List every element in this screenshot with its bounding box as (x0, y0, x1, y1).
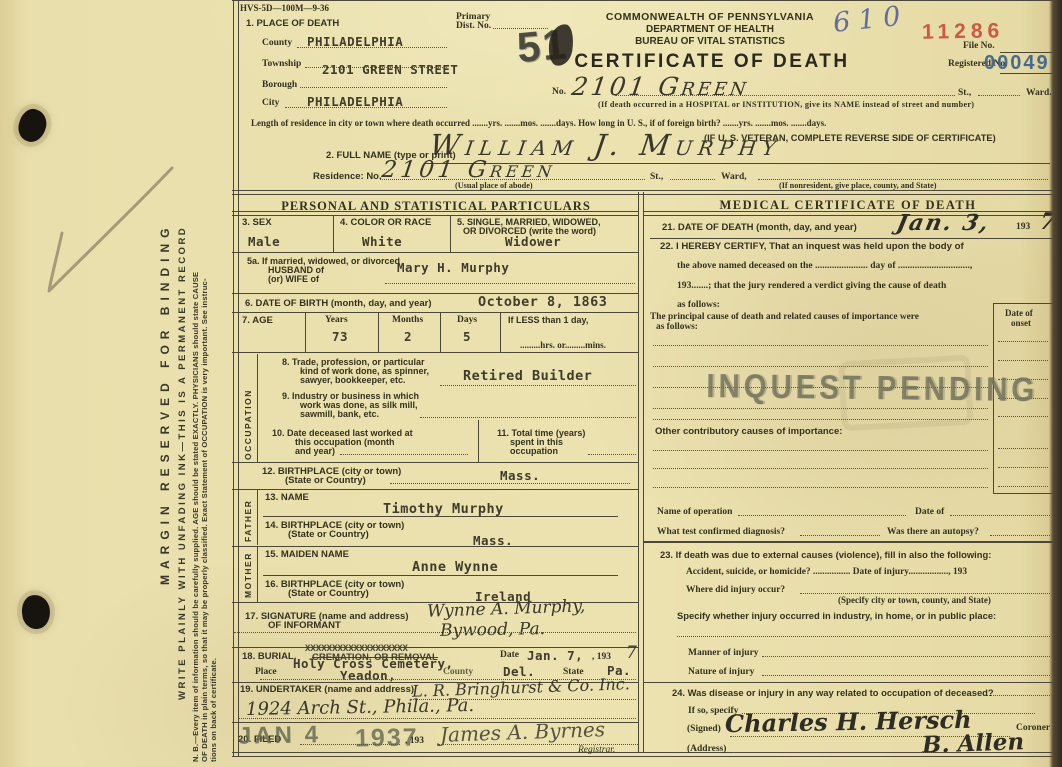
rule (257, 547, 258, 602)
rule (232, 211, 638, 216)
signed-label: (Signed) (687, 724, 721, 734)
last-worked-label-3: and year) (295, 446, 335, 456)
sex-value: Male (248, 234, 280, 249)
rule (300, 744, 400, 745)
rule (998, 486, 1048, 487)
coroner-signature-2: B. Allen (922, 728, 1025, 759)
scan-edge (1049, 0, 1062, 767)
margin-write-plainly-note: WRITE PLAINLY WITH UNFADING INK—THIS IS … (177, 226, 188, 700)
rule (677, 636, 1050, 637)
rule (653, 468, 988, 469)
rule (440, 313, 441, 352)
birthplace-value: Mass. (500, 468, 540, 483)
trade-value: Retired Builder (463, 368, 592, 384)
rule (998, 448, 1048, 449)
rule (232, 312, 638, 313)
margin-binding-note: MARGIN RESERVED FOR BINDING (158, 223, 172, 585)
rule (233, 0, 234, 757)
rule (478, 420, 479, 462)
filed-date-stamp-month: JAN 4 (238, 721, 322, 750)
st-label: St., (958, 88, 971, 98)
rule (232, 0, 1056, 1)
date-of-death-handwritten: Jan. 3, (894, 210, 992, 236)
principal-cause-line-1: The principal cause of death and related… (650, 312, 919, 322)
birthplace-label-2: (State or Country) (285, 475, 366, 486)
rule (500, 313, 501, 352)
rule (232, 462, 638, 463)
burial-date-label: Date (500, 650, 519, 660)
rule (998, 467, 1048, 468)
rule (378, 313, 379, 352)
rule (385, 283, 635, 284)
rule (653, 487, 988, 488)
rule (300, 87, 447, 88)
certify-line-3: 193.......; that the jury rendered a ver… (677, 280, 946, 291)
spouse-value: Mary H. Murphy (397, 260, 509, 275)
rule (998, 416, 1048, 417)
rule (653, 345, 988, 346)
residence-label: Residence: No. (313, 171, 382, 182)
date-of-death-label: 21. DATE OF DEATH (month, day, and year) (662, 222, 857, 233)
contributory-label: Other contributory causes of importance: (655, 426, 842, 437)
rule (733, 752, 1033, 753)
autopsy-label: Was there an autopsy? (887, 527, 979, 537)
rule (800, 593, 1050, 594)
mother-name-label: 15. MAIDEN NAME (265, 549, 349, 560)
rule (758, 179, 1048, 180)
burial-strike-xs: XXXXXXXXXXXXXXXXXXX (305, 644, 408, 654)
dist-no-label: Dist. No. (456, 21, 491, 31)
rule (257, 354, 258, 462)
informant-signature-2: Bywood, Pa. (440, 619, 545, 641)
age-label: 7. AGE (242, 315, 273, 326)
rule (985, 695, 1050, 696)
registrar-label: Registrar. (578, 745, 615, 755)
age-months-label: Months (392, 315, 423, 325)
margin-nb-note-1: N. B.—Every item of information should b… (191, 272, 200, 762)
father-name-label: 13. NAME (265, 492, 309, 503)
rule (588, 454, 636, 455)
residence-length-line: Length of residence in city or town wher… (251, 118, 826, 128)
rule (234, 632, 636, 633)
rule (653, 450, 988, 451)
sex-label: 3. SEX (242, 217, 272, 228)
bureau-heading: BUREAU OF VITAL STATISTICS (635, 36, 785, 47)
father-bp-label-2: (State or Country) (288, 529, 369, 540)
dob-value: October 8, 1863 (478, 294, 607, 310)
undertaker-label: 19. UNDERTAKER (name and address) (240, 684, 414, 695)
hospital-note: (If death occurred in a HOSPITAL or INST… (598, 100, 974, 109)
mother-side-label: MOTHER (243, 552, 253, 598)
informant-label-2: OF INFORMANT (268, 620, 341, 631)
rule (232, 190, 1056, 195)
department-heading: DEPARTMENT OF HEALTH (646, 24, 774, 35)
certificate-title: CERTIFICATE OF DEATH (574, 51, 849, 73)
operation-date-label: Date of (915, 507, 944, 517)
st-label-2: St., (650, 172, 663, 182)
total-time-label-3: occupation (510, 446, 558, 456)
mother-bp-label-2: (State or Country) (288, 588, 369, 599)
rule (762, 656, 1050, 657)
rule (615, 95, 955, 96)
accident-label: Accident, suicide, or homicide? ........… (686, 567, 967, 577)
dod-year-printed: 193 (1016, 222, 1030, 232)
street-handwritten: 2101 Green (570, 72, 751, 101)
nonresident-note: (If nonresident, give place, county, and… (779, 181, 936, 190)
rule (998, 341, 1048, 342)
death-certificate-scan: MARGIN RESERVED FOR BINDING WRITE PLAINL… (0, 0, 1062, 767)
city-label: City (262, 98, 279, 108)
rule (232, 546, 638, 547)
rule (340, 454, 468, 455)
burial-label: 18. BURIAL, (242, 651, 296, 662)
nature-of-injury-label: Nature of injury (688, 667, 754, 677)
rule (990, 535, 1050, 536)
rule (993, 303, 1056, 304)
trade-label-3: sawyer, bookkeeper, etc. (300, 375, 406, 385)
rule (950, 515, 1050, 516)
certify-line-2: the above named deceased on the ........… (677, 260, 972, 271)
registrar-signature: James A. Byrnes (440, 717, 606, 747)
address-label: (Address) (687, 744, 726, 754)
rule (333, 215, 334, 252)
rule (450, 215, 451, 252)
principal-cause-line-2: as follows: (656, 322, 698, 332)
no-label: No. (552, 87, 566, 97)
race-label: 4. COLOR OR RACE (340, 217, 431, 228)
father-side-label: FATHER (243, 500, 253, 542)
rule (232, 489, 638, 490)
age-years-value: 73 (332, 329, 348, 344)
rule (670, 179, 715, 180)
occupation-related-label: 24. Was disease or injury in any way rel… (672, 687, 994, 698)
form-code: HVS-5D—100M—9-36 (240, 3, 329, 13)
spouse-label-3: (or) WIFE of (268, 274, 319, 284)
manner-of-injury-label: Manner of injury (688, 648, 759, 658)
father-name-value: Timothy Murphy (383, 501, 504, 517)
township-value: 2101 GREEN STREET (322, 62, 458, 77)
commonwealth-heading: COMMONWEALTH OF PENNSYLVANIA (606, 11, 814, 23)
rule (643, 541, 1056, 543)
mother-name-value: Anne Wynne (412, 559, 498, 575)
industry-label-3: sawmill, bank, etc. (300, 409, 379, 419)
external-causes-label: 23. If death was due to external causes … (660, 549, 991, 560)
informant-signature-1: Wynne A. Murphy, (427, 596, 586, 622)
registered-number-stamp: 00049 (984, 52, 1050, 75)
age-months-value: 2 (404, 329, 412, 344)
dob-label: 6. DATE OF BIRTH (month, day, and year) (245, 298, 432, 309)
binding-hole-bottom (20, 593, 52, 631)
age-hrs-mins-label: .........hrs. or.........mins. (520, 340, 606, 350)
borough-label: Borough (262, 80, 297, 90)
age-less-label: If LESS than 1 day, (508, 315, 588, 325)
rule (420, 417, 636, 418)
burial-county-label: County (443, 667, 473, 677)
file-number-stamp: 11286 (922, 19, 1005, 44)
rule (643, 682, 1056, 683)
age-days-value: 5 (463, 329, 471, 344)
inquest-pending-stamp: INQUEST PENDING (706, 368, 1038, 410)
rule (390, 483, 630, 484)
burial-place-value-2: Yeadon, (340, 668, 396, 683)
ward-label-2: Ward, (721, 172, 747, 182)
rule (998, 360, 1048, 361)
burial-year-printed: , 193 (592, 652, 611, 662)
onset-label-1: Date of (1005, 308, 1033, 318)
rule (257, 490, 258, 545)
specify-where-label: Specify whether injury occurred in indus… (677, 610, 996, 621)
rule (440, 385, 636, 386)
blue-pencil-number: 610 (832, 0, 910, 39)
rule (978, 95, 1020, 96)
rule (263, 575, 618, 576)
certify-line-1: 22. I HEREBY CERTIFY, That an inquest wa… (660, 241, 964, 252)
rule (638, 192, 644, 752)
rule (738, 515, 906, 516)
township-label: Township (262, 59, 301, 69)
filed-year-printed: , 193 (405, 736, 424, 746)
rule (410, 699, 636, 700)
place-of-death-label: 1. PLACE OF DEATH (246, 18, 339, 29)
marital-value: Widower (505, 234, 561, 249)
rule (305, 313, 306, 352)
margin-nb-note-3: tions on back of certificate. (209, 658, 218, 762)
rule (297, 47, 447, 48)
rule (993, 493, 1056, 494)
onset-label-2: onset (1011, 318, 1031, 328)
burial-place-label: Place (255, 667, 277, 677)
rule (238, 0, 239, 757)
operation-label: Name of operation (657, 507, 732, 517)
rule (643, 211, 1056, 216)
occupation-side-label: OCCUPATION (243, 389, 253, 460)
burial-year-digit: 7 (626, 643, 637, 663)
ward-label: Ward. (1026, 88, 1052, 98)
margin-nb-note-2: OF DEATH in plain terms, so that it may … (200, 278, 209, 762)
where-injury-label: Where did injury occur? (686, 585, 785, 595)
age-years-label: Years (325, 315, 348, 325)
test-label: What test confirmed diagnosis? (657, 527, 785, 537)
rule (800, 535, 880, 536)
rule (285, 107, 447, 108)
rule (232, 252, 638, 253)
rule (232, 352, 638, 353)
rule (650, 238, 1056, 239)
specify-city-note: (Specify city or town, county, and State… (838, 595, 991, 605)
burial-date-value: Jan. 7, (527, 648, 583, 663)
age-days-label: Days (457, 315, 477, 325)
abode-note: (Usual place of abode) (455, 181, 533, 190)
rule (263, 516, 618, 517)
rule (762, 675, 1050, 676)
race-value: White (362, 234, 402, 249)
rule (380, 179, 645, 180)
certify-line-4: as follows: (677, 299, 720, 310)
county-label: County (262, 38, 292, 48)
